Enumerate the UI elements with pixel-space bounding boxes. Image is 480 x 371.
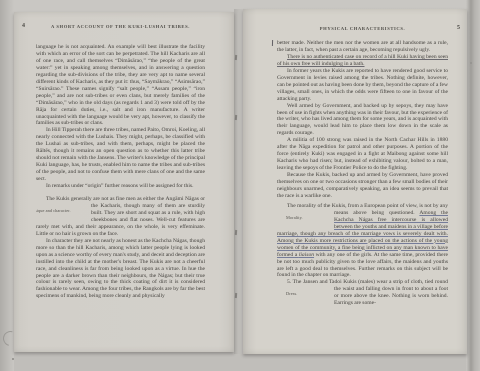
paragraph: Well armed by Government, and backed up …: [277, 103, 448, 138]
ink-underlined-italic-text: liaison: [299, 252, 314, 258]
left-page-text: language he is not acquainted. An exampl…: [36, 44, 205, 350]
paragraph-text: In remarks under “origin” further reason…: [46, 183, 193, 189]
binding-stitch: [235, 293, 237, 298]
margin-note: Physique and character.: [36, 203, 86, 217]
binding-stitch: [235, 55, 237, 60]
paragraph: In former years the Kukis are reported t…: [277, 68, 448, 103]
page-stack-edge: [466, 0, 480, 371]
paragraph-with-sidenote: 5. The Jansen and Tadoi Kukis (males) we…: [277, 279, 448, 307]
paragraph-text: In Hill Tipperah there are three tribes,…: [36, 127, 205, 182]
paragraph-text: language he is not acquainted. An exampl…: [36, 44, 205, 126]
left-page-header: 4 A SHORT ACCOUNT OF THE KUKI-LUSHAI TRI…: [36, 24, 205, 29]
dust-speck: [12, 358, 14, 360]
paragraph-text: In character they are not nearly as hone…: [36, 238, 205, 300]
paragraph: There is no authenticated case on record…: [277, 54, 448, 68]
paragraph-with-sidenote: The Kukis generally are not as fine men …: [36, 196, 205, 238]
margin-note: Dress.: [277, 286, 329, 300]
paragraph: A militia of 100 strong was raised in th…: [277, 137, 448, 172]
pencil-underlined-text: There is no authenticated case on record…: [277, 54, 448, 67]
binding-stitch: [235, 115, 237, 120]
paragraph: better made. Neither the men nor the wom…: [277, 40, 448, 54]
dust-speck: [470, 62, 472, 64]
right-page-header: PHYSICAL CHARACTERISTICS. 5: [277, 26, 448, 31]
paragraph-text: The Kukis generally are not as fine men …: [46, 196, 166, 202]
right-page-text: better made. Neither the men nor the wom…: [277, 40, 448, 352]
paragraph: In character they are not nearly as hone…: [36, 238, 205, 301]
paragraph: In remarks under “origin” further reason…: [36, 183, 205, 190]
pencil-margin-tick: [272, 40, 273, 46]
paragraph-text: The morality of the Kukis, from a Europe…: [287, 203, 406, 209]
paragraph: language he is not acquainted. An exampl…: [36, 44, 205, 127]
running-header: A SHORT ACCOUNT OF THE KUKI-LUSHAI TRIBE…: [36, 24, 205, 29]
page-number: 5: [457, 25, 460, 31]
book-scan: 4 A SHORT ACCOUNT OF THE KUKI-LUSHAI TRI…: [0, 0, 480, 371]
paragraph-with-sidenote: The morality of the Kukis, from a Europe…: [277, 203, 448, 279]
paragraph-text: 5. The Jansen and Tadoi Kukis (males) we…: [287, 279, 411, 285]
right-page: PHYSICAL CHARACTERISTICS. 5 better made.…: [243, 9, 467, 354]
running-header: PHYSICAL CHARACTERISTICS.: [277, 26, 448, 31]
paragraph: Because the Kukis, backed up and armed b…: [277, 172, 448, 200]
paragraph: In Hill Tipperah there are three tribes,…: [36, 127, 205, 183]
scan-left-shadow: [0, 0, 14, 371]
binding-stitch: [235, 230, 237, 235]
paragraph-text: A militia of 100 strong was raised in th…: [277, 137, 448, 171]
paragraph-text: Well armed by Government, and backed up …: [277, 103, 448, 137]
margin-note: Morality.: [277, 210, 329, 224]
page-number: 4: [22, 23, 25, 29]
paragraph-text: Because the Kukis, backed up and armed b…: [277, 172, 448, 199]
left-page: 4 A SHORT ACCOUNT OF THE KUKI-LUSHAI TRI…: [14, 12, 234, 352]
paragraph-text: better made. Neither the men nor the wom…: [277, 40, 448, 53]
binding-gutter: [234, 9, 243, 354]
paragraph-text: In former years the Kukis are reported t…: [277, 68, 448, 102]
